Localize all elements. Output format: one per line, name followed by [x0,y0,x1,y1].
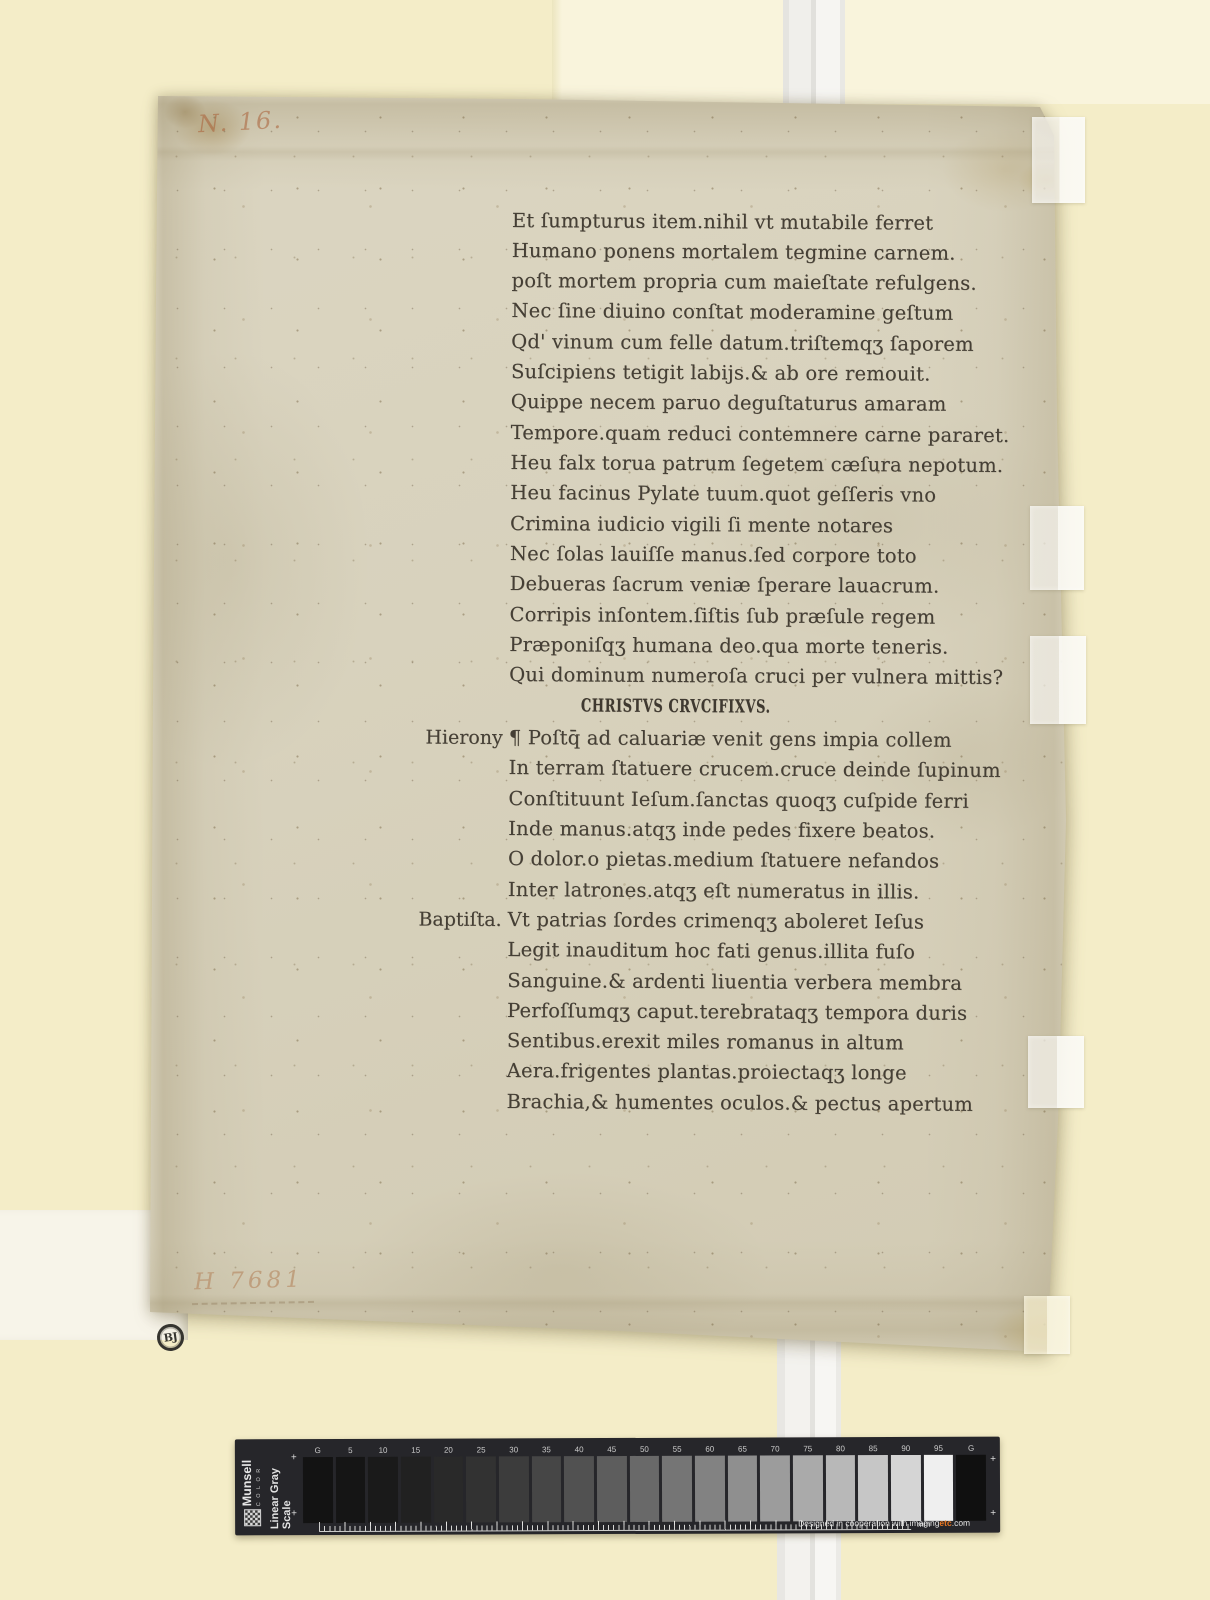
patch-label: 35 [532,1444,562,1456]
patch-label: 10 [368,1445,398,1457]
gray-patch: 40 [564,1444,594,1522]
verse-line: Inter latrones.atqʒ eſt numeratus in ill… [508,875,920,908]
brand-colorword: C O L O R [256,1444,262,1506]
patch-label: 15 [401,1445,431,1457]
verse-line: Brachia,& humentes oculos.& pectus apert… [506,1087,973,1120]
margin-note: Baptiſta. [376,904,502,935]
gray-patch: 25 [466,1444,496,1522]
verse-line: Tempore.quam reduci contemnere carne par… [511,418,1010,451]
patch-swatch [793,1455,823,1521]
verse-line: Præponiſqʒ humana deo.qua morte teneris. [509,630,948,663]
verse-line: Heu falx torua patrum ſegetem cæſura nep… [510,448,1003,481]
patch-swatch [858,1455,888,1521]
patch-label: 65 [728,1444,758,1456]
patch-swatch [760,1455,790,1521]
verse-line: poſt mortem propria cum maieſtate refulg… [511,266,976,299]
verse-line: ¶ Poſtq̄ ad caluariæ venit gens impia co… [509,723,952,756]
verse-line: Qui dominum numeroſa cruci per vulnera m… [509,660,1003,693]
gray-patch: 20 [434,1445,464,1523]
verse-line: Vt patrias ſordes crimenqʒ aboleret Ieſu… [508,905,925,938]
patch-label: 55 [662,1444,692,1456]
verse-line: Debueras ſacrum veniæ ſperare lauacrum. [510,569,940,602]
patch-swatch [662,1456,692,1522]
patch-swatch [695,1456,725,1522]
section-heading: CHRISTVS CRVCIFIXVS. [509,691,771,723]
patch-label: 25 [466,1444,496,1456]
patch-swatch [564,1456,594,1522]
verse-line: Quippe necem paruo deguſtaturus amaram [511,387,947,420]
gray-patch: 50 [630,1444,660,1522]
verse-line: Inde manus.atqʒ inde pedes fixere beatos… [508,814,935,847]
registration-mark: + [291,1453,297,1463]
margin-note: Hierony [377,722,503,753]
verse-line: Perfoſſumqʒ caput.terebrataqʒ tempora du… [507,996,967,1029]
tape-piece [1032,117,1085,203]
tape-piece [1030,636,1086,724]
gray-patch: 85 [858,1443,888,1521]
credit-prefix: Designed in cooperation with imaging [798,1518,939,1528]
gray-scale-bar: Munsell C O L O R Linear Gray Scale + + … [235,1437,1000,1536]
verse-line: Humano ponens mortalem tegmine carnem. [512,236,956,269]
patch-swatch [826,1455,856,1521]
gray-patch: 75 [793,1443,823,1521]
patch-swatch [466,1456,496,1522]
verse-line: Crimina iudicio vigili ſi mente notares [510,509,893,541]
registration-mark: + [990,1455,996,1465]
gray-patch: 15 [401,1445,431,1523]
patch-swatch [728,1456,758,1522]
gray-patch: G [303,1445,333,1523]
patch-swatch [956,1455,986,1521]
patch-label: G [956,1443,986,1455]
patch-label: 85 [858,1443,888,1455]
patch-swatch [303,1457,333,1523]
brand-name: Munsell [240,1444,254,1506]
page-text: Et ſumpturus item.nihil vt mutabile ferr… [0,0,1210,1600]
verse-line: Suſcipiens tetigit labijs.& ab ore remou… [511,357,931,390]
bar-title: Linear Gray Scale [269,1443,293,1529]
manuscript-page-wrap: Et ſumpturus item.nihil vt mutabile ferr… [0,0,1210,1600]
gray-patch: 45 [597,1444,627,1522]
gray-patch: 35 [532,1444,562,1522]
patch-label: 20 [434,1445,464,1457]
patch-label: 30 [499,1444,529,1456]
shelfmark-number: H 7681 [194,1267,305,1296]
verse-line: Conſtituunt Ieſum.ſanctas quoqʒ cuſpide … [508,784,969,817]
handwritten-number: N. 16. [197,106,283,138]
verse-line: In terram ſtatuere crucem.cruce deinde ſ… [508,753,1000,786]
verse-line: Nec ſine diuino conſtat moderamine geſtu… [511,296,953,329]
patch-label: 40 [564,1444,594,1456]
patch-swatch [891,1455,921,1521]
patch-swatch [336,1457,366,1523]
verse-line: Qd' vinum cum felle datum.triſtemqʒ ſapo… [511,327,974,360]
registration-mark: + [291,1509,297,1519]
registration-mark: + [990,1509,996,1519]
verse-line: Nec ſolas lauiſſe manus.ſed corpore toto [510,539,917,571]
credit-suffix: .com [952,1518,970,1528]
patch-label: 75 [793,1443,823,1455]
patch-swatch [597,1456,627,1522]
gray-patch: 90 [891,1443,921,1521]
gray-patch: 80 [826,1443,856,1521]
verse-line: Legit inauditum hoc fati genus.illita fu… [507,935,915,967]
gray-patch: 10 [368,1445,398,1523]
patch-label: 45 [597,1444,627,1456]
tape-piece [1024,1296,1070,1354]
bar-title-text: Linear Gray Scale [269,1443,293,1529]
patch-swatch [401,1457,431,1523]
gray-patch: 70 [760,1443,790,1521]
patch-swatch [630,1456,660,1522]
patch-label: 60 [695,1444,725,1456]
verse-line: Aera.frigentes plantas.proiectaqʒ longe [507,1056,907,1088]
tape-piece [1028,1036,1084,1108]
gray-patch: 55 [662,1444,692,1522]
gray-patch: 95 [924,1443,954,1521]
credit-highlight: etc [939,1518,951,1528]
patch-swatch [368,1457,398,1523]
patch-label: 70 [760,1443,790,1455]
patch-label: 5 [336,1445,366,1457]
munsell-logo: Munsell C O L O R [240,1444,262,1506]
patch-swatch [532,1456,562,1522]
gray-patch: 30 [499,1444,529,1522]
manuscript-page: Et ſumpturus item.nihil vt mutabile ferr… [0,0,1210,1600]
patch-swatch [434,1457,464,1523]
gray-patch: 65 [728,1444,758,1522]
patch-swatch [924,1455,954,1521]
verse-line: Corripis inſontem.ſiſtis ſub præſule reg… [509,600,935,633]
patch-swatch [499,1456,529,1522]
patch-label: G [303,1445,333,1457]
credit-text: Designed in cooperation with imagingetc.… [798,1518,970,1529]
patch-label: 90 [891,1443,921,1455]
photo-background: Et ſumpturus item.nihil vt mutabile ferr… [0,0,1210,1600]
gray-patch: G [956,1443,986,1521]
verse-line: Et ſumpturus item.nihil vt mutabile ferr… [512,206,933,239]
patch-label: 80 [826,1443,856,1455]
munsell-checker-icon [244,1509,261,1526]
patch-label: 95 [924,1443,954,1455]
gray-patch: 5 [336,1445,366,1523]
verse-line: Sanguine.& ardenti liuentia verbera memb… [507,965,962,998]
verse-line: Sentibus.erexit miles romanus in altum [507,1026,904,1058]
gray-patch: 60 [695,1444,725,1522]
verse-line: Heu facinus Pylate tuum.quot geſſeris vn… [510,478,936,511]
gray-patches-row: G5101520253035404550556065707580859095G [303,1443,986,1523]
patch-label: 50 [630,1444,660,1456]
verse-line: O dolor.o pietas.medium ſtatuere nefando… [508,844,939,877]
tape-piece [1030,506,1084,590]
